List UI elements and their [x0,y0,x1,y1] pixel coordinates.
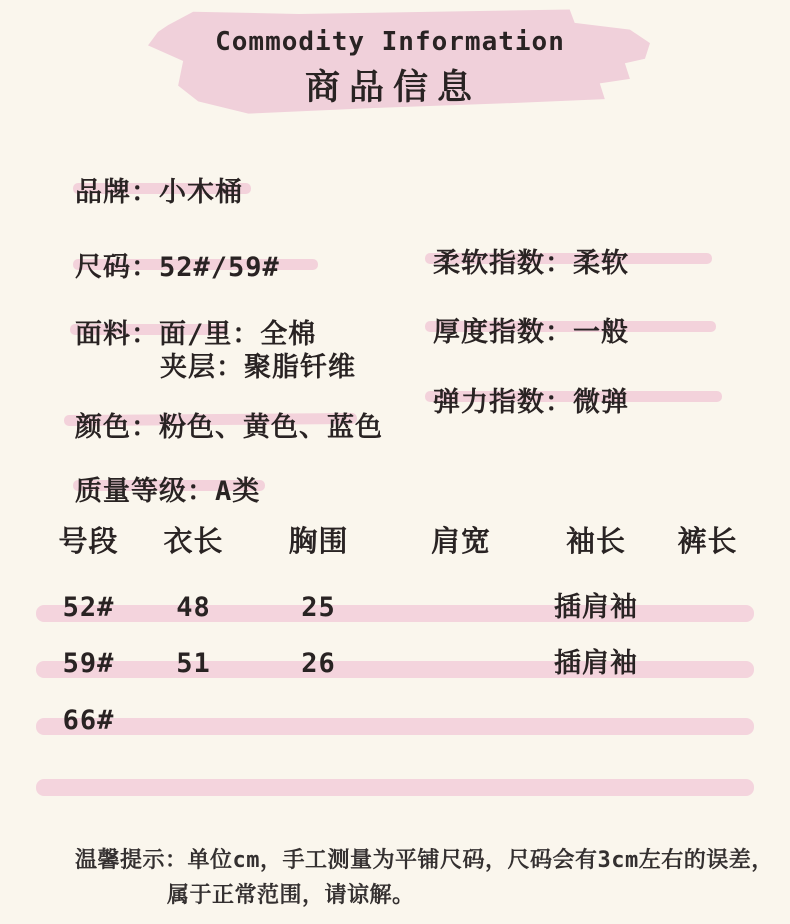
spec-quality-grade: 质量等级：A类 [75,469,260,508]
warm-tip-line-1: 温馨提示：单位cm，手工测量为平铺尺码，尺码会有3cm左右的误差， [75,843,774,874]
table-cell [391,644,531,684]
spec-colors: 颜色：粉色、黄色、蓝色 [75,405,383,444]
table-cell [141,701,246,741]
commodity-info-page: Commodity Information 商品信息 品牌：小木桶 尺码：52#… [0,0,790,924]
spec-interlayer: 夹层：聚脂钎维 [160,345,356,384]
table-row [36,762,754,802]
spec-fabric-text: 面料：面/里：全棉 [75,319,316,350]
table-cell: 51 [141,644,246,684]
table-cell [661,644,754,684]
table-cell [36,762,141,802]
table-cell [391,701,531,741]
table-cell: 59# [36,644,141,684]
table-cell: 插肩袖 [531,644,661,684]
table-cell: 26 [246,644,391,684]
table-cell: 25 [246,588,391,628]
table-cell [391,762,531,802]
table-row: 52# 48 25 插肩袖 [36,588,754,628]
spec-fabric: 面料：面/里：全棉 [75,312,316,351]
table-cell: 插肩袖 [531,588,661,628]
table-cell [531,701,661,741]
table-cell [246,701,391,741]
warm-tip-line-2: 属于正常范围，请谅解。 [167,878,415,909]
column-header: 胸围 [246,522,391,562]
column-header: 肩宽 [391,522,531,562]
table-row: 59# 51 26 插肩袖 [36,644,754,684]
table-cell: 52# [36,588,141,628]
table-cell [661,588,754,628]
spec-softness-text: 柔软指数：柔软 [433,248,629,279]
spec-quality-grade-text: 质量等级：A类 [75,476,260,507]
table-cell [531,762,661,802]
table-cell: 66# [36,701,141,741]
table-cell [661,701,754,741]
column-header: 裤长 [661,522,754,562]
spec-brand: 品牌：小木桶 [75,170,243,209]
column-header: 衣长 [141,522,246,562]
spec-thickness-text: 厚度指数：一般 [433,317,629,348]
spec-brand-text: 品牌：小木桶 [75,177,243,208]
page-title-chinese: 商品信息 [0,60,786,110]
table-cell: 48 [141,588,246,628]
page-title-english: Commodity Information [0,27,780,57]
column-header: 袖长 [531,522,661,562]
spec-thickness-index: 厚度指数：一般 [433,310,629,349]
spec-elasticity-index: 弹力指数：微弹 [433,380,629,419]
table-cell [141,762,246,802]
column-header: 号段 [36,522,141,562]
spec-softness-index: 柔软指数：柔软 [433,241,629,280]
table-row: 66# [36,701,754,741]
spec-size: 尺码：52#/59# [75,245,280,284]
spec-elasticity-text: 弹力指数：微弹 [433,387,629,418]
table-cell [661,762,754,802]
table-cell [246,762,391,802]
spec-size-text: 尺码：52#/59# [75,252,280,283]
size-table-header-row: 号段 衣长 胸围 肩宽 袖长 裤长 [36,522,754,562]
table-cell [391,588,531,628]
spec-interlayer-text: 夹层：聚脂钎维 [160,352,356,383]
spec-colors-text: 颜色：粉色、黄色、蓝色 [75,412,383,443]
